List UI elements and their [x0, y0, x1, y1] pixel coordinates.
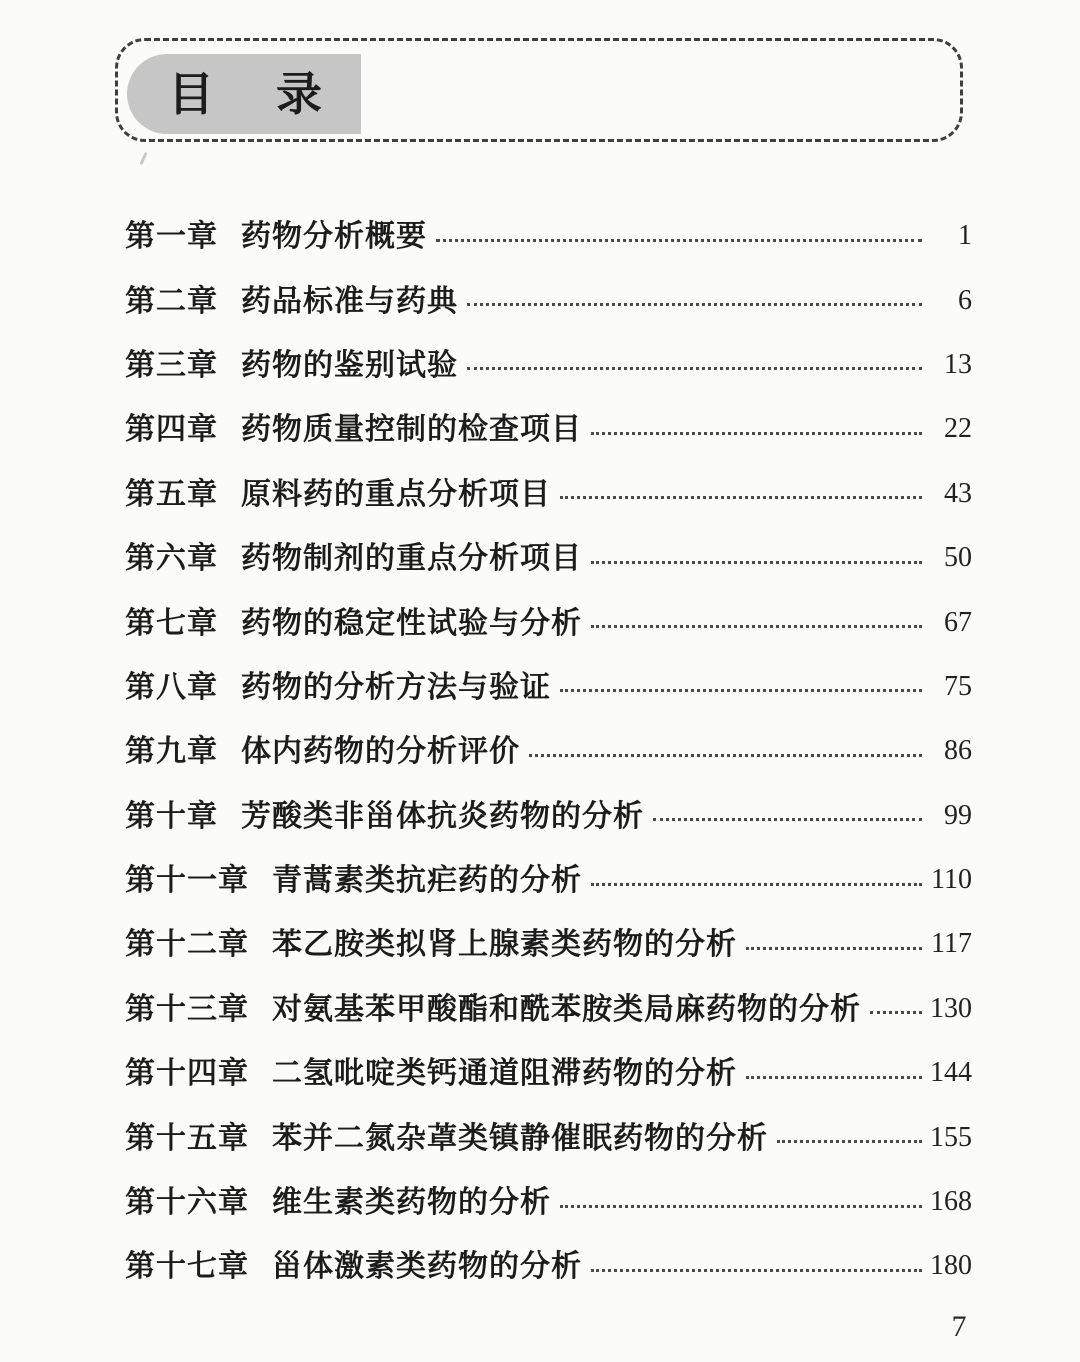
toc-chapter-label: 第七章: [125, 598, 218, 642]
toc-entry-title: 对氨基苯甲酸酯和酰苯胺类局麻药物的分析: [272, 984, 861, 1028]
toc-chapter-label: 第十五章: [125, 1113, 249, 1157]
toc-page-number: 22: [926, 413, 972, 445]
toc-entry-title: 青蒿素类抗疟药的分析: [272, 855, 582, 899]
toc-page-number: 50: [926, 542, 972, 574]
toc-entry-title: 药物质量控制的检查项目: [241, 404, 582, 448]
toc-page-number: 130: [926, 993, 972, 1025]
toc-entry-title: 苯乙胺类拟肾上腺素类药物的分析: [272, 919, 737, 963]
toc-entry: 第三章 药物的鉴别试验 13: [125, 330, 972, 394]
toc-chapter-label: 第十三章: [125, 984, 249, 1028]
toc-entry: 第一章 药物分析概要 1: [125, 201, 972, 265]
dotted-leader: [560, 689, 922, 692]
toc-chapter-label: 第十章: [125, 791, 218, 835]
toc-page-number: 1: [926, 220, 972, 252]
dotted-leader: [591, 561, 922, 564]
toc-chapter-label: 第十四章: [125, 1048, 249, 1092]
toc-chapter-label: 第二章: [125, 276, 218, 320]
toc-entry: 第五章 原料药的重点分析项目 43: [125, 459, 972, 523]
page-title: 目 录: [158, 71, 330, 117]
toc-chapter-label: 第八章: [125, 662, 218, 706]
toc-page-number: 117: [926, 928, 972, 960]
toc-entry: 第八章 药物的分析方法与验证 75: [125, 652, 972, 716]
dotted-leader: [591, 432, 922, 435]
toc-chapter-label: 第四章: [125, 404, 218, 448]
toc-entry: 第七章 药物的稳定性试验与分析 67: [125, 587, 972, 651]
toc-header-box: 目 录: [115, 38, 963, 142]
dotted-leader: [591, 883, 922, 886]
dotted-leader: [591, 625, 922, 628]
toc-entry-title: 体内药物的分析评价: [241, 726, 520, 770]
toc-page-number: 6: [926, 285, 972, 317]
toc-chapter-label: 第十七章: [125, 1241, 249, 1285]
toc-entry: 第十四章 二氢吡啶类钙通道阻滞药物的分析 144: [125, 1038, 972, 1102]
toc-entry: 第十章 芳酸类非甾体抗炎药物的分析 99: [125, 781, 972, 845]
toc-entry: 第十七章 甾体激素类药物的分析 180: [125, 1231, 972, 1295]
toc-page-number: 75: [926, 671, 972, 703]
toc-entry: 第二章 药品标准与药典 6: [125, 265, 972, 329]
toc-entry: 第十五章 苯并二氮杂䓬类镇静催眠药物的分析 155: [125, 1102, 972, 1166]
toc-page-number: 168: [926, 1186, 972, 1218]
toc-chapter-label: 第十二章: [125, 919, 249, 963]
toc-entry-title: 药物分析概要: [241, 211, 427, 255]
toc-entry: 第四章 药物质量控制的检查项目 22: [125, 394, 972, 458]
toc-entry-title: 甾体激素类药物的分析: [272, 1241, 582, 1285]
toc-chapter-label: 第三章: [125, 340, 218, 384]
folio-page-number: 7: [944, 1310, 974, 1344]
toc-entry: 第十三章 对氨基苯甲酸酯和酰苯胺类局麻药物的分析 130: [125, 974, 972, 1038]
toc-entry: 第十一章 青蒿素类抗疟药的分析 110: [125, 845, 972, 909]
dotted-leader: [467, 367, 922, 370]
dotted-leader: [653, 818, 922, 821]
dotted-leader: [560, 1205, 922, 1208]
toc-chapter-label: 第六章: [125, 533, 218, 577]
toc-entry-title: 二氢吡啶类钙通道阻滞药物的分析: [272, 1048, 737, 1092]
dotted-leader: [746, 947, 922, 950]
toc-chapter-label: 第五章: [125, 469, 218, 513]
toc-chapter-label: 第十一章: [125, 855, 249, 899]
dotted-leader: [870, 1011, 922, 1014]
toc-list: 第一章 药物分析概要 1 第二章 药品标准与药典 6 第三章 药物的鉴别试验 1…: [125, 201, 972, 1296]
dotted-leader: [777, 1140, 922, 1143]
toc-entry-title: 药物制剂的重点分析项目: [241, 533, 582, 577]
dotted-leader: [560, 496, 922, 499]
toc-entry-title: 原料药的重点分析项目: [241, 469, 551, 513]
toc-page-number: 43: [926, 478, 972, 510]
toc-page-number: 13: [926, 349, 972, 381]
toc-chapter-label: 第十六章: [125, 1177, 249, 1221]
dotted-leader: [467, 303, 922, 306]
toc-entry-title: 芳酸类非甾体抗炎药物的分析: [241, 791, 644, 835]
dotted-leader: [436, 239, 922, 242]
toc-entry: 第十二章 苯乙胺类拟肾上腺素类药物的分析 117: [125, 909, 972, 973]
toc-page-number: 180: [926, 1250, 972, 1282]
toc-entry-title: 维生素类药物的分析: [272, 1177, 551, 1221]
dotted-leader: [746, 1076, 922, 1079]
toc-entry-title: 药物的分析方法与验证: [241, 662, 551, 706]
toc-title-tab: 目 录: [127, 54, 361, 134]
dotted-leader: [529, 754, 922, 757]
toc-entry-title: 药物的鉴别试验: [241, 340, 458, 384]
toc-chapter-label: 第一章: [125, 211, 218, 255]
scan-artifact-mark: [139, 152, 147, 165]
toc-entry-title: 药品标准与药典: [241, 276, 458, 320]
toc-entry: 第六章 药物制剂的重点分析项目 50: [125, 523, 972, 587]
toc-page-number: 144: [926, 1057, 972, 1089]
toc-page-number: 155: [926, 1122, 972, 1154]
toc-page-number: 86: [926, 735, 972, 767]
dotted-leader: [591, 1269, 922, 1272]
toc-page-number: 99: [926, 800, 972, 832]
toc-page-number: 67: [926, 607, 972, 639]
toc-page-number: 110: [926, 864, 972, 896]
toc-chapter-label: 第九章: [125, 726, 218, 770]
toc-entry-title: 药物的稳定性试验与分析: [241, 598, 582, 642]
toc-entry: 第十六章 维生素类药物的分析 168: [125, 1167, 972, 1231]
toc-entry-title: 苯并二氮杂䓬类镇静催眠药物的分析: [272, 1113, 768, 1157]
toc-entry: 第九章 体内药物的分析评价 86: [125, 716, 972, 780]
